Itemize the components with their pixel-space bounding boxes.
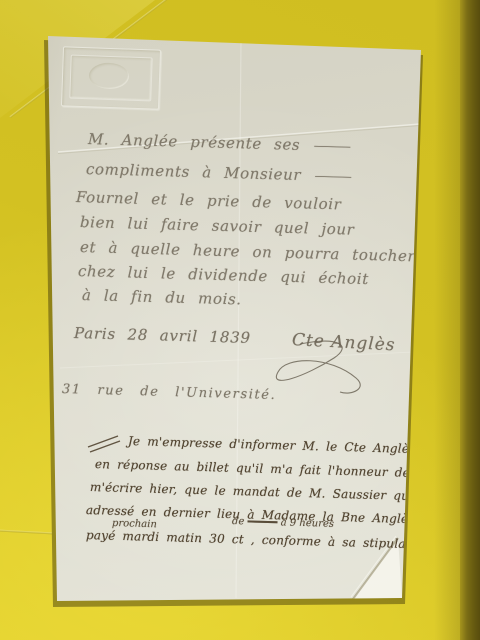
- interline-struck-word: ———: [247, 516, 277, 528]
- folder-edge-strip: [460, 0, 480, 640]
- letter-body-line: à la fin du mois.: [82, 286, 242, 308]
- faint-crease: [60, 352, 415, 368]
- letter-body-line: Fournel et le prie de vouloir: [76, 188, 342, 213]
- interline-prefix: de: [232, 516, 245, 527]
- note-line: en réponse au billet qu'il m'a fait l'ho…: [95, 457, 410, 480]
- signature: Cte Anglès: [291, 330, 396, 355]
- interline-suffix: à 9 heures: [281, 517, 335, 529]
- letter-body-line: et à quelle heure on pourra toucher: [80, 238, 416, 265]
- letter-body-line: chez lui le dividende qui échoit: [78, 262, 369, 288]
- address-line: 31 rue de l'Université.: [62, 382, 277, 403]
- note-line: payé mardi matin 30 ct , conforme à sa s…: [86, 528, 431, 552]
- edge-shadow-soft: [434, 0, 462, 640]
- note-reference-mark-icon: [88, 436, 120, 452]
- note-line: Je m'empresse d'informer M. le Cte Anglè…: [128, 434, 416, 456]
- note-line: m'écrire hier, que le mandat de M. Sauss…: [90, 480, 443, 504]
- embossed-stamp-icon: [61, 46, 161, 109]
- note-interline: de ——— à 9 heures: [232, 516, 334, 530]
- letter-body-line: M. Anglée présente ses ⸻: [88, 128, 351, 156]
- date-line: Paris 28 avril 1839: [74, 324, 251, 347]
- letter-body-line: compliments à Monsieur ⸻: [86, 158, 352, 186]
- letter-body-line: bien lui faire savoir quel jour: [80, 213, 355, 239]
